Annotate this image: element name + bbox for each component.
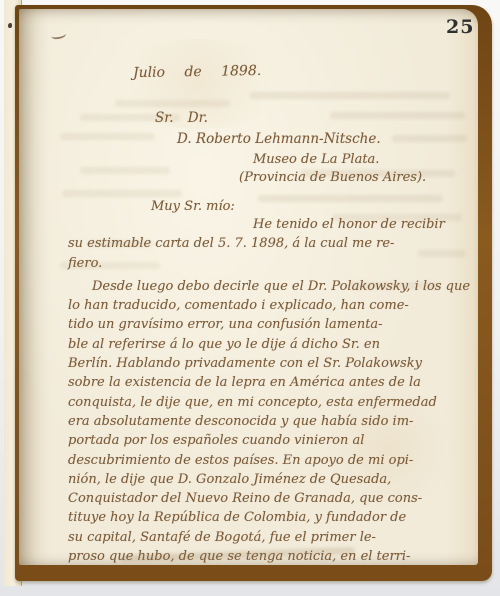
verso-bleedthrough: [60, 133, 155, 140]
verso-bleedthrough: [418, 250, 466, 257]
letter-line: tituye hoy la República de Colombia, y f…: [68, 508, 470, 527]
verso-bleedthrough: [250, 92, 450, 99]
salutation: Muy Sr. mío:: [151, 199, 235, 214]
verso-bleedthrough: [60, 262, 160, 269]
verso-bleedthrough: [392, 135, 467, 142]
letter-line: ble al referirse á lo que yo le dije á d…: [68, 335, 470, 354]
letter-line: era absolutamente desconocida y que habí…: [68, 412, 470, 431]
recipient-name: D. Roberto Lehmann-Nitsche.: [177, 131, 381, 147]
letter-line: tido un gravísimo error, una confusión l…: [68, 315, 470, 334]
letter-line: conquista, le dije que, en mi concepto, …: [68, 393, 470, 412]
date-line: Julio de 1898.: [133, 63, 262, 81]
verso-bleedthrough: [88, 240, 153, 247]
ink-speck: [8, 23, 12, 28]
letter-line: Conquistador del Nuevo Reino de Granada,…: [68, 489, 470, 508]
manuscript-photo: 25 Julio de 1898. Sr. Dr. D. Roberto Leh…: [0, 0, 500, 596]
verso-bleedthrough: [62, 190, 182, 197]
letter-line: su capital, Santafé de Bogotá, fue el pr…: [68, 528, 470, 547]
letter-line: nión, le dije que D. Gonzalo Jiménez de …: [68, 470, 470, 489]
letter-line: Berlín. Hablando privadamente con el Sr.…: [68, 354, 470, 373]
verso-bleedthrough: [330, 112, 465, 119]
verso-bleedthrough: [80, 167, 170, 174]
verso-bleedthrough: [80, 114, 180, 121]
letter-line: portada por los españoles cuando viniero…: [68, 431, 470, 450]
letter-line: sobre la existencia de la lepra en Améri…: [68, 373, 470, 392]
verso-bleedthrough: [332, 214, 462, 221]
recipient-institution: Museo de La Plata.: [253, 152, 379, 167]
letter-line: descubrimiento de estos países. En apoyo…: [68, 451, 470, 470]
verso-bleedthrough: [115, 100, 230, 107]
letter-line: lo han traducido, comentado i explicado,…: [68, 296, 470, 315]
verso-bleedthrough: [348, 282, 440, 289]
verso-bleedthrough: [258, 195, 443, 202]
page-number: 25: [446, 16, 474, 38]
verso-bleedthrough: [300, 170, 455, 177]
